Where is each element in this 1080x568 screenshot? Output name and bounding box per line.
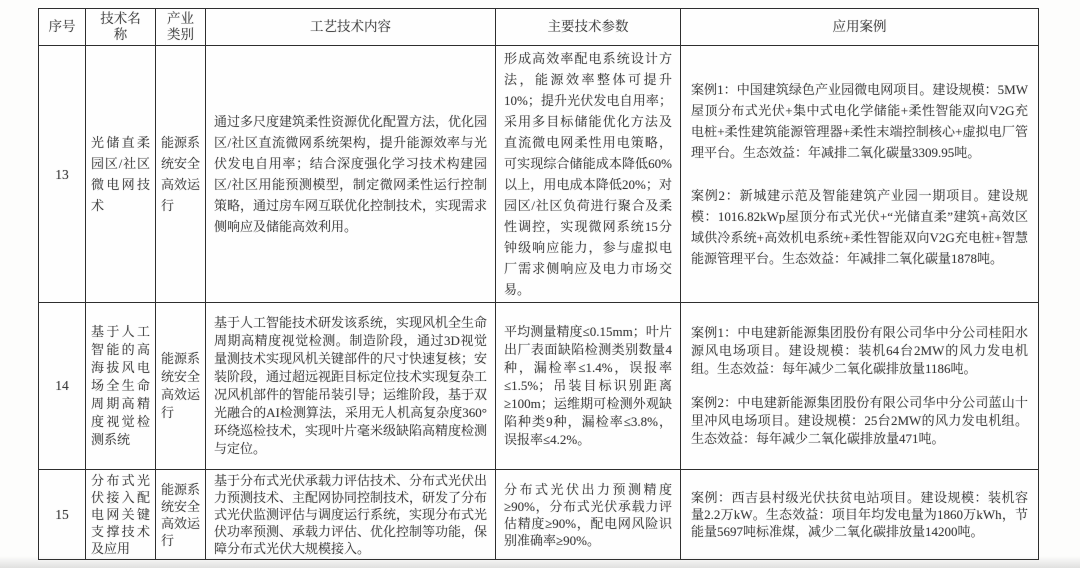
cell-technology-name: 基于人工智能的高海拔风电场全生命周期高精度视觉检测系统	[86, 303, 156, 470]
cell-industry-category: 能源系统安全高效运行	[156, 46, 206, 303]
col-header-technology-name: 技术名称	[86, 9, 156, 46]
cell-technology-name: 光储直柔园区/社区微电网技术	[86, 46, 156, 303]
cell-technology-name: 分布式光伏接入配电网关键支撑技术及应用	[86, 470, 156, 560]
col-header-application-cases: 应用案例	[681, 9, 1039, 46]
cell-process-content: 基于分布式光伏承载力评估技术、分布式光伏出力预测技术、主配网协同控制技术，研发了…	[206, 470, 496, 560]
case-paragraph: 案例2：新城建示范及智能建筑产业园一期项目。建设规模：1016.82kWp屋顶分…	[691, 185, 1028, 269]
col-header-process-content: 工艺技术内容	[206, 9, 496, 46]
case-paragraph: 案例2：中电建新能源集团股份有限公司华中分公司蓝山十里冲风电场项目。建设规模：2…	[691, 394, 1028, 448]
col-header-technical-parameters: 主要技术参数	[496, 9, 681, 46]
col-header-industry-category: 产业类别	[156, 9, 206, 46]
case-paragraph: 案例1：中电建新能源集团股份有限公司华中分公司桂阳水源风电场项目。建设规模：装机…	[691, 324, 1028, 378]
case-paragraph: 案例1：中国建筑绿色产业园微电网项目。建设规模：5MW屋顶分布式光伏+集中式电化…	[691, 79, 1028, 163]
cell-application-cases: 案例1：中国建筑绿色产业园微电网项目。建设规模：5MW屋顶分布式光伏+集中式电化…	[681, 46, 1039, 303]
cell-application-cases: 案例1：中电建新能源集团股份有限公司华中分公司桂阳水源风电场项目。建设规模：装机…	[681, 303, 1039, 470]
cell-serial-number: 13	[39, 46, 86, 303]
cell-process-content: 基于人工智能技术研发该系统，实现风机全生命周期高精度视觉检测。制造阶段，通过3D…	[206, 303, 496, 470]
cell-technical-parameters: 形成高效率配电系统设计方法，能源效率整体可提升10%；提升光伏发电自用率；采用多…	[496, 46, 681, 303]
table-header-row: 序号 技术名称 产业类别 工艺技术内容 主要技术参数 应用案例	[39, 9, 1039, 46]
technology-catalog-table: 序号 技术名称 产业类别 工艺技术内容 主要技术参数 应用案例 13 光储直柔园…	[38, 8, 1039, 560]
col-header-serial-number: 序号	[39, 9, 86, 46]
cell-industry-category: 能源系统安全高效运行	[156, 470, 206, 560]
cell-application-cases: 案例：西吉县村级光伏扶贫电站项目。建设规模：装机容量2.2万kW。生态效益：项目…	[681, 470, 1039, 560]
cell-industry-category: 能源系统安全高效运行	[156, 303, 206, 470]
table-row: 13 光储直柔园区/社区微电网技术 能源系统安全高效运行 通过多尺度建筑柔性资源…	[39, 46, 1039, 303]
table-row: 15 分布式光伏接入配电网关键支撑技术及应用 能源系统安全高效运行 基于分布式光…	[39, 470, 1039, 560]
document-page: 序号 技术名称 产业类别 工艺技术内容 主要技术参数 应用案例 13 光储直柔园…	[0, 0, 1080, 568]
cell-serial-number: 14	[39, 303, 86, 470]
cell-serial-number: 15	[39, 470, 86, 560]
cell-process-content: 通过多尺度建筑柔性资源优化配置方法，优化园区/社区直流微网系统架构，提升能源效率…	[206, 46, 496, 303]
cell-technical-parameters: 平均测量精度≤0.15mm；叶片出厂表面缺陷检测类别数量4种，漏检率≤1.4%，…	[496, 303, 681, 470]
cell-technical-parameters: 分布式光伏出力预测精度≥90%，分布式光伏承载力评估精度≥90%，配电网风险识别…	[496, 470, 681, 560]
case-paragraph: 案例：西吉县村级光伏扶贫电站项目。建设规模：装机容量2.2万kW。生态效益：项目…	[691, 489, 1028, 540]
table-row: 14 基于人工智能的高海拔风电场全生命周期高精度视觉检测系统 能源系统安全高效运…	[39, 303, 1039, 470]
